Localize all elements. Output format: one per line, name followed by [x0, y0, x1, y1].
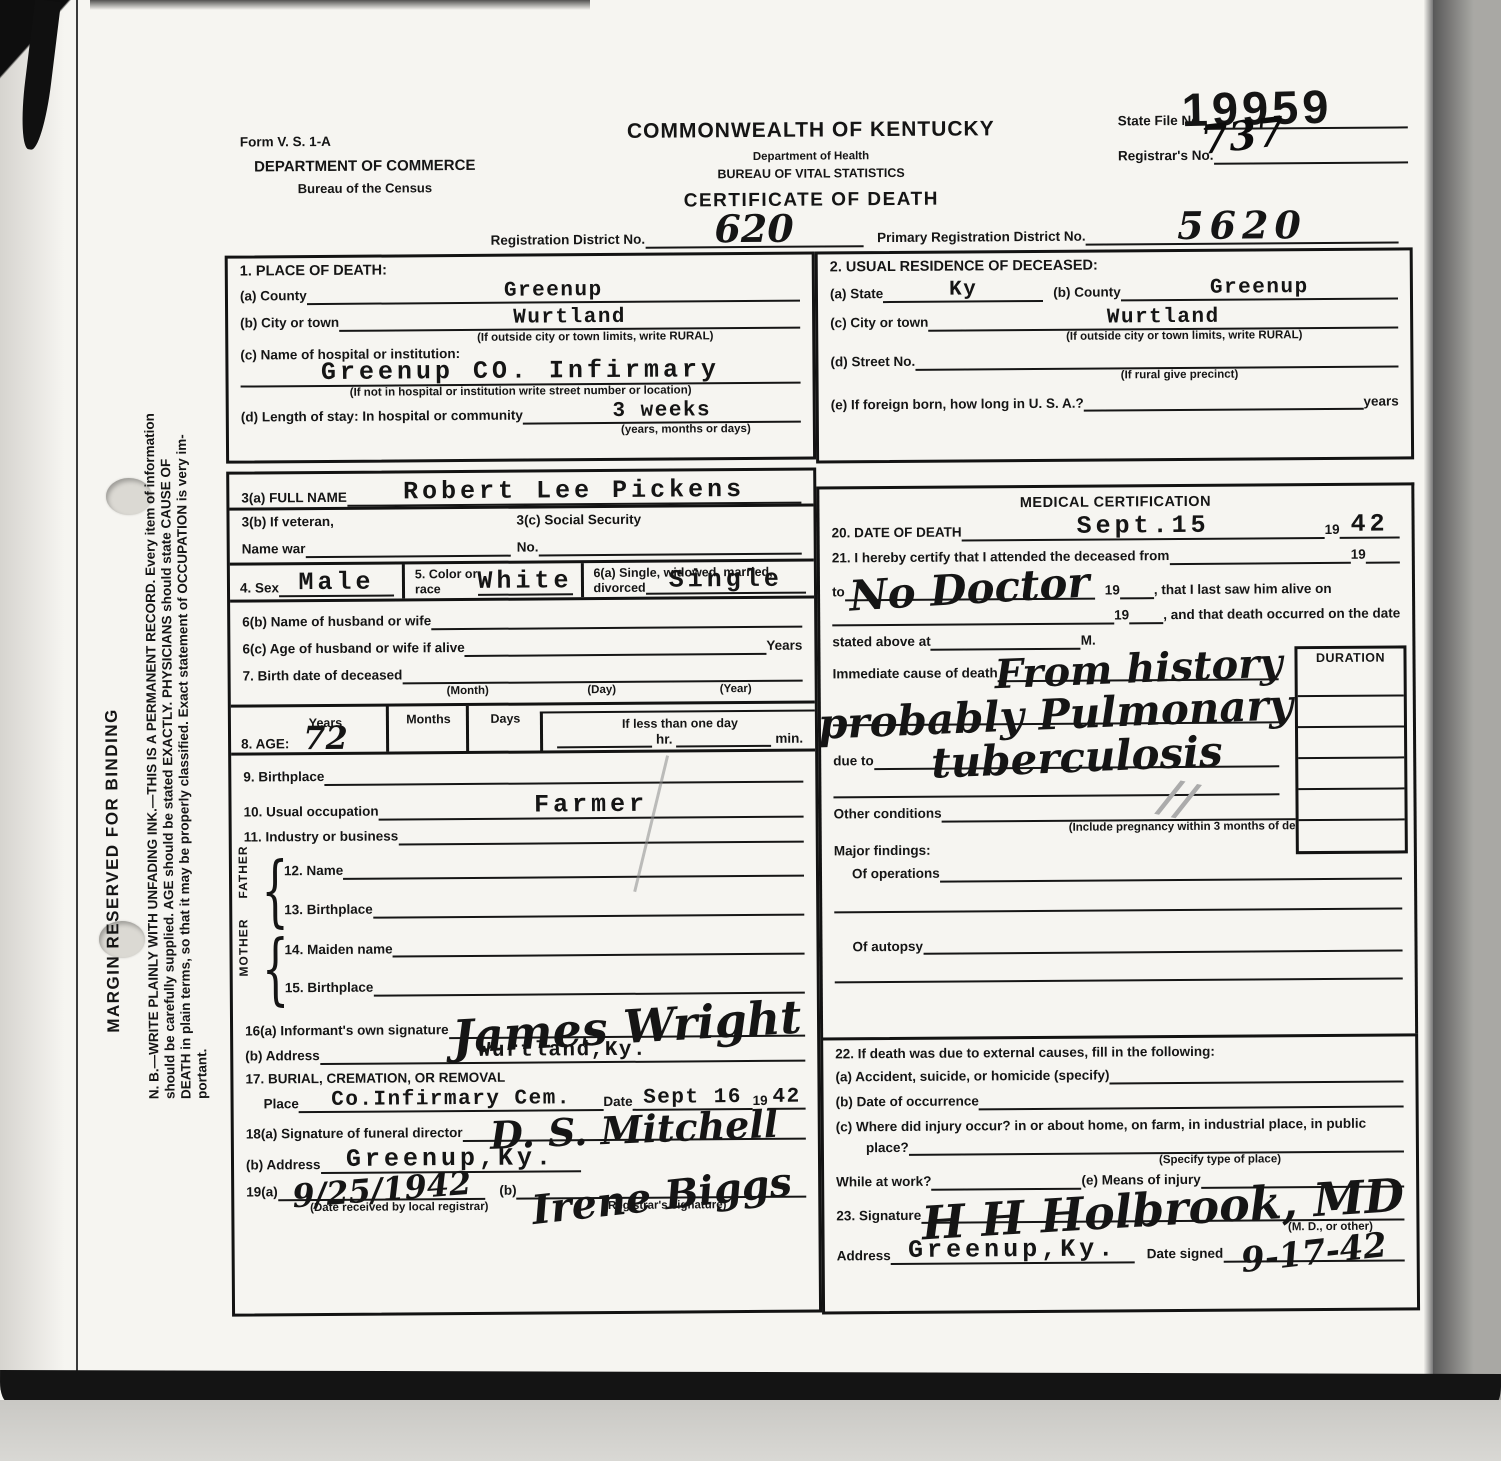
bureau-of-census: Bureau of the Census	[254, 180, 475, 198]
place-stay-value: 3 weeks	[612, 400, 711, 422]
certify-yr1: 19	[1351, 547, 1366, 564]
duration-label: DURATION	[1297, 650, 1403, 666]
father-name-line	[343, 875, 804, 880]
reg-district-label: Registration District No.	[491, 232, 646, 250]
residence-city-value: Wurtland	[1107, 307, 1220, 329]
place-county-line: Greenup	[307, 279, 800, 305]
informant-sig-label: 16(a) Informant's own signature	[245, 1022, 449, 1040]
certify-yr2: 19	[1105, 582, 1120, 599]
dod-yr-value: 42	[1350, 512, 1388, 537]
cause-line4	[833, 793, 1279, 798]
external-title: 22. If death was due to external causes,…	[835, 1044, 1215, 1064]
attended-from-yr-line	[1366, 561, 1400, 563]
date-signed-label: Date signed	[1147, 1246, 1224, 1263]
certify-line3: , and that death occurred on the date	[1163, 605, 1400, 624]
full-name-row: 3(a) FULL NAME Robert Lee Pickens	[229, 471, 813, 511]
age-days-label: Days	[490, 711, 520, 727]
burial-place-label: Place	[264, 1096, 299, 1113]
of-operations-label: Of operations	[852, 865, 940, 882]
cause-label: Immediate cause of death	[833, 665, 998, 683]
major-findings-label: Major findings:	[834, 843, 931, 861]
funeral-director-label: 18(a) Signature of funeral director	[246, 1125, 463, 1143]
external-a-label: (a) Accident, suicide, or homicide (spec…	[835, 1067, 1109, 1086]
veteran-ssn-row: 3(b) If veteran, Name war 3(c) Social Se…	[229, 507, 813, 566]
bureau-vital-statistics: BUREAU OF VITAL STATISTICS	[606, 165, 1016, 183]
residence-state-label: (a) State	[830, 286, 883, 303]
place-stay-line: 3 weeks	[523, 399, 801, 424]
occupation-value: Farmer	[534, 792, 648, 818]
physician-addr-label: Address	[837, 1248, 891, 1265]
father-group: FATHER { 12. Name 13. Birthplace	[232, 853, 816, 927]
duration-line	[1298, 666, 1404, 698]
operations-cont-line	[834, 907, 1402, 913]
stated-above-label: stated above at	[832, 633, 930, 651]
section-usual-residence: 2. USUAL RESIDENCE OF DECEASED: (a) Stat…	[815, 247, 1414, 463]
age-years-value: 72	[303, 723, 348, 752]
dod-value: Sept.15	[1076, 513, 1209, 539]
month-hint: (Month)	[401, 684, 535, 699]
veteran-line	[306, 554, 511, 557]
section-place-of-death: 1. PLACE OF DEATH: (a) County Greenup (b…	[225, 252, 816, 464]
marital-label2: divorced	[593, 580, 645, 595]
place-city-label: (b) City or town	[240, 315, 339, 333]
external-b-label: (b) Date of occurrence	[836, 1093, 979, 1111]
informant-addr-label: (b) Address	[245, 1048, 320, 1065]
husband-line	[431, 626, 802, 631]
place-city-value: Wurtland	[513, 307, 626, 329]
full-name-label: 3(a) FULL NAME	[241, 490, 347, 508]
residence-county-line: Greenup	[1121, 277, 1398, 302]
ssn-no-label: No.	[517, 539, 539, 556]
registration-district-row: Registration District No. 620 Primary Re…	[490, 207, 1398, 250]
of-operations-line	[940, 877, 1402, 882]
form-number: Form V. S. 1-A	[240, 133, 476, 152]
industry-label: 11. Industry or business	[244, 829, 399, 847]
duration-line	[1298, 697, 1404, 729]
certify-line2: , that I last saw him alive on	[1154, 581, 1332, 599]
age-months-label: Months	[406, 712, 451, 728]
reg-district-value: 620	[714, 212, 794, 247]
margin-binding-note: MARGIN RESERVED FOR BINDING	[102, 708, 124, 1033]
attended-to-yr-line	[1120, 597, 1154, 599]
funeral-director-signature: D. S. Mitchell	[489, 1107, 779, 1153]
race-value: White	[477, 568, 572, 594]
primary-district-value: 5620	[1177, 208, 1307, 243]
sex-race-marital-row: 4. Sex Male 5. Color orrace White 6(a) S…	[230, 561, 814, 602]
residence-county-value: Greenup	[1210, 277, 1309, 299]
mother-brace: {	[262, 935, 290, 1005]
occupation-line: Farmer	[378, 791, 803, 821]
other-conditions-label: Other conditions	[834, 806, 942, 824]
residence-foreign-label: (e) If foreign born, how long in U. S. A…	[831, 395, 1084, 414]
header-title-block: COMMONWEALTH OF KENTUCKY Department of H…	[606, 116, 1017, 214]
margin-nb-note: N. B.—WRITE PLAINLY WITH UNFADING INK.—T…	[142, 413, 211, 1099]
registrar-signature: Irene Biggs	[530, 1164, 794, 1229]
birthplace-label: 9. Birthplace	[243, 769, 324, 786]
place-county-label: (a) County	[240, 288, 307, 305]
cause-value3: tuberculosis	[930, 733, 1223, 783]
autopsy-cont-line	[835, 978, 1403, 984]
external-c-label2: place?	[866, 1139, 909, 1156]
dod-line: Sept.15	[962, 512, 1325, 542]
physician-sig-line: H H Holbrook, MD	[921, 1187, 1404, 1224]
commonwealth-title: COMMONWEALTH OF KENTUCKY	[606, 116, 1016, 145]
date-signed-value: 9-17-42	[1239, 1230, 1388, 1277]
industry-line	[398, 841, 803, 846]
duration-line	[1298, 728, 1404, 760]
residence-state-line: Ky	[883, 279, 1043, 303]
external-c-hint: (Specify type of place)	[1024, 1153, 1416, 1170]
header-agency: Form V. S. 1-A DEPARTMENT OF COMMERCE Bu…	[240, 133, 476, 198]
section-medical-certification: MEDICAL CERTIFICATION 20. DATE OF DEATH …	[816, 482, 1418, 1037]
dod-yr-pre: 19	[1325, 522, 1340, 539]
section-personal: 3(a) FULL NAME Robert Lee Pickens 3(b) I…	[226, 468, 822, 1317]
last-seen-yr-line	[1129, 622, 1163, 624]
sex-line: Male	[279, 570, 394, 598]
dod-label: 20. DATE OF DEATH	[832, 525, 962, 543]
cause-line1: From history	[998, 650, 1279, 682]
place-county-value: Greenup	[504, 280, 603, 302]
external-c-label: (c) Where did injury occur? in or about …	[836, 1115, 1366, 1136]
father-brace: {	[261, 856, 289, 926]
dept-of-health: Department of Health	[606, 148, 1016, 165]
funeral-director-line: D. S. Mitchell	[462, 1111, 805, 1142]
residence-foreign-line	[1084, 408, 1364, 412]
sex-value: Male	[298, 570, 374, 596]
to-label: to	[832, 584, 845, 601]
director-addr-label: (b) Address	[246, 1157, 321, 1174]
father-birthplace-label: 13. Birthplace	[284, 902, 373, 919]
age-row: 8. AGE: Years 72 Months Days If less tha…	[231, 700, 815, 756]
husband-label: 6(b) Name of husband or wife	[242, 613, 431, 631]
registrar-number-value: 737	[1199, 114, 1286, 159]
min-line	[676, 745, 771, 748]
mother-name-line	[393, 953, 805, 958]
place-hospital-value: Greenup CO. Infirmary	[321, 357, 720, 385]
residence-county-label: (b) County	[1053, 285, 1121, 302]
registrar-sig-pre: (b)	[499, 1183, 516, 1200]
physician-sig-label: 23. Signature	[836, 1207, 921, 1224]
section-external-causes: 22. If death was due to external causes,…	[820, 1033, 1420, 1314]
external-a-line	[1110, 1080, 1404, 1084]
residence-city-label: (c) City or town	[830, 315, 928, 333]
of-autopsy-label: Of autopsy	[852, 938, 923, 955]
spouse-age-label: 6(c) Age of husband or wife if alive	[242, 640, 464, 658]
father-side-label: FATHER	[236, 885, 250, 899]
attended-from-line	[1169, 562, 1350, 565]
place-title: 1. PLACE OF DEATH:	[240, 262, 387, 281]
received-label: 19(a)	[246, 1184, 278, 1201]
year-hint: (Year)	[669, 682, 803, 697]
attended-to-value: No Doctor	[849, 563, 1091, 615]
registrar-no-line	[1214, 161, 1409, 164]
of-autopsy-line	[923, 950, 1402, 955]
residence-city-line: Wurtland	[928, 306, 1398, 332]
sex-label: 4. Sex	[240, 581, 279, 598]
residence-title: 2. USUAL RESIDENCE OF DECEASED:	[830, 257, 1098, 277]
spouse-age-unit: Years	[766, 638, 802, 655]
department-of-commerce: DEPARTMENT OF COMMERCE	[254, 157, 476, 177]
full-name-line: Robert Lee Pickens	[347, 477, 802, 507]
while-at-work-label: While at work?	[836, 1174, 931, 1192]
place-stay-label: (d) Length of stay: In hospital or commu…	[241, 407, 523, 426]
day-hint: (Day)	[535, 683, 669, 698]
medical-title: MEDICAL CERTIFICATION	[1020, 493, 1211, 512]
duration-line	[1298, 790, 1404, 822]
race-label: 5. Color orrace	[415, 567, 478, 596]
birthplace-line	[324, 781, 803, 786]
due-to-label: due to	[833, 753, 874, 770]
mother-birthplace-label: 15. Birthplace	[285, 980, 374, 997]
reg-district-line: 620	[645, 211, 863, 249]
duration-box: DURATION	[1294, 645, 1407, 854]
spouse-age-line	[465, 653, 767, 657]
cause-of-death-area: Immediate cause of death From history pr…	[820, 649, 1413, 799]
received-line: 9/25/1942	[278, 1175, 486, 1201]
duration-line	[1298, 759, 1404, 791]
cause-line2: probably Pulmonary	[833, 694, 1279, 727]
birthdate-label: 7. Birth date of deceased	[243, 667, 403, 685]
full-name-value: Robert Lee Pickens	[403, 477, 745, 504]
registrar-no-label: Registrar's No.	[1118, 148, 1214, 166]
mother-side-label: MOTHER	[237, 963, 251, 977]
hr-label: hr.	[656, 731, 673, 748]
ssn-line	[539, 552, 802, 556]
last-seen-line	[832, 622, 1114, 626]
residence-state-value: Ky	[949, 280, 977, 301]
burial-place-value: Co.Infirmary Cem.	[331, 1088, 571, 1111]
ssn-label: 3(c) Social Security	[516, 511, 801, 530]
registrar-sig-line: Irene Biggs	[517, 1177, 807, 1199]
burial-title: 17. BURIAL, CREMATION, OR REMOVAL	[245, 1070, 505, 1089]
mother-name-label: 14. Maiden name	[284, 941, 392, 959]
race-line: White	[477, 568, 572, 596]
veteran-label: 3(b) If veteran,	[241, 513, 510, 532]
primary-district-line: 5620	[1085, 207, 1398, 245]
attended-to-line: No Doctor	[845, 570, 1095, 602]
place-hospital-line: Greenup CO. Infirmary	[240, 356, 800, 387]
death-certificate: MARGIN RESERVED FOR BINDING N. B.—WRITE …	[0, 0, 1501, 1461]
occupation-label: 10. Usual occupation	[244, 804, 379, 822]
cause-line3: tuberculosis	[874, 738, 1280, 771]
marital-value: Single	[669, 567, 783, 593]
certify-yr3: 19	[1114, 607, 1129, 624]
primary-district-label: Primary Registration District No.	[877, 229, 1086, 247]
marital-line: Single	[646, 579, 806, 595]
father-name-label: 12. Name	[284, 863, 343, 880]
place-stay-hint: (years, months or days)	[559, 422, 813, 438]
hr-line	[557, 746, 652, 749]
min-label: min.	[775, 730, 803, 747]
external-b-line	[979, 1105, 1404, 1110]
residence-street-label: (d) Street No.	[830, 354, 915, 371]
father-birthplace-line	[373, 914, 804, 919]
residence-foreign-unit: years	[1363, 393, 1398, 410]
less-than-day-label: If less than one day	[553, 715, 807, 732]
age-title: 8. AGE:	[241, 736, 289, 753]
dod-yr-line: 42	[1339, 512, 1399, 539]
place-city-line: Wurtland	[339, 306, 800, 332]
veteran-namewar-label: Name war	[242, 541, 306, 558]
informant-sig-line: James Wright	[448, 1005, 805, 1039]
date-signed-line: 9-17-42	[1223, 1237, 1405, 1263]
